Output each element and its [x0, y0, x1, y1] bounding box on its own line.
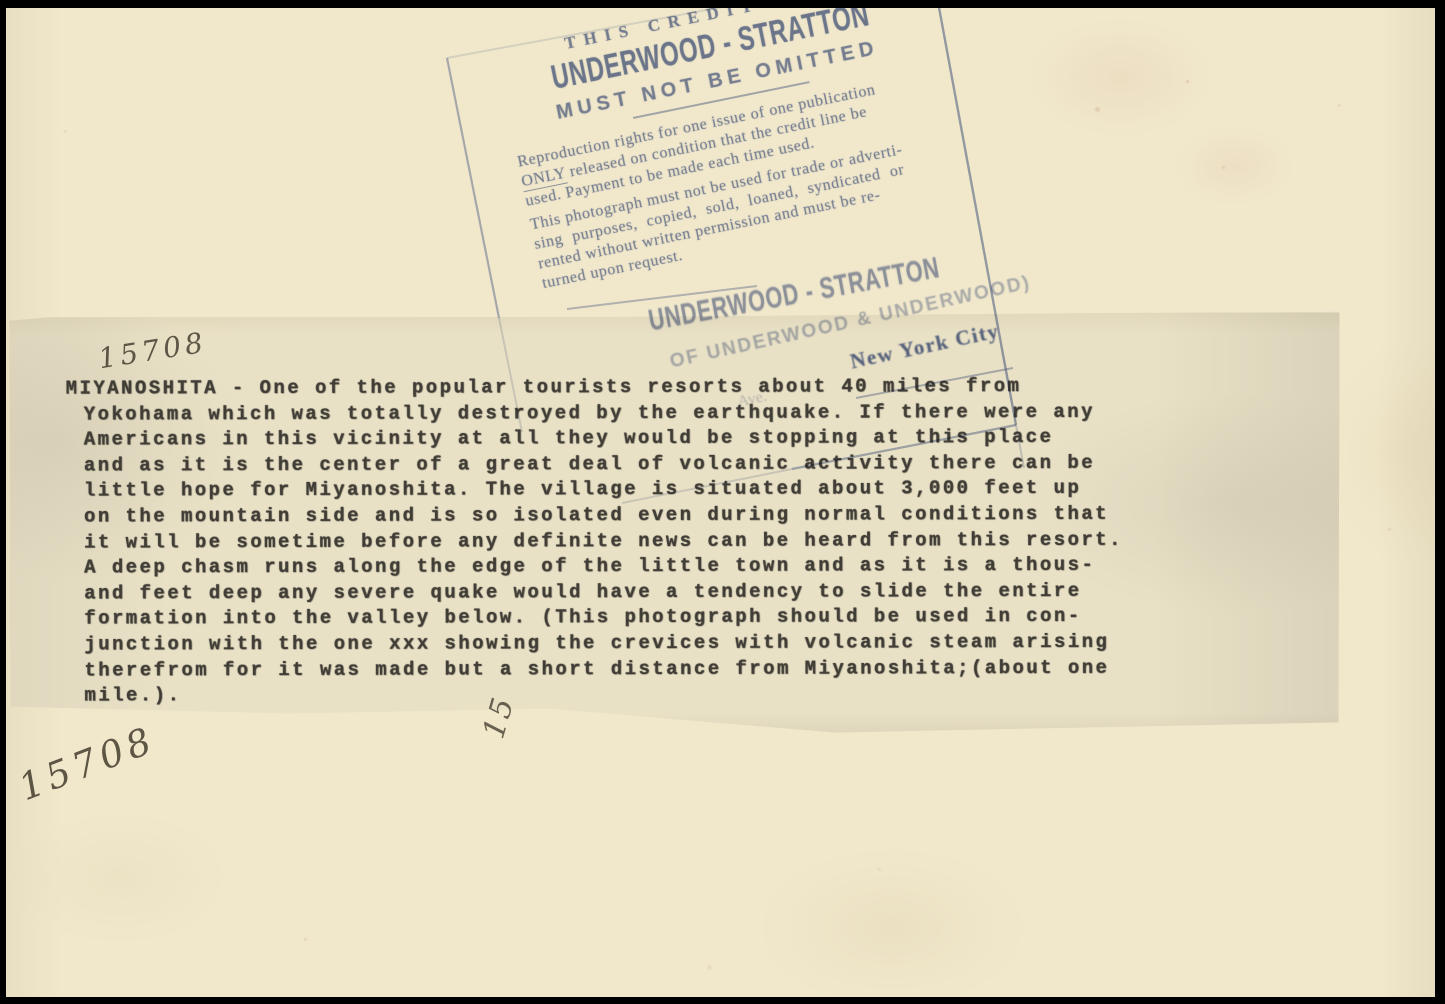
caption-line: junction with the one xxx showing the cr… — [66, 629, 1296, 658]
caption-line: mile.). — [66, 680, 1296, 709]
caption-line: and as it is the center of a great deal … — [66, 450, 1296, 479]
foxing-specks — [6, 8, 9, 11]
caption-line: little hope for Miyanoshita. The village… — [66, 476, 1296, 505]
caption-paper-strip: MIYANOSHITA - One of the popular tourist… — [9, 311, 1340, 740]
typewritten-caption: MIYANOSHITA - One of the popular tourist… — [66, 373, 1297, 709]
caption-line: formation into the valley below. (This p… — [66, 604, 1296, 633]
caption-line: MIYANOSHITA - One of the popular tourist… — [66, 373, 1296, 402]
caption-line: therefrom for it was made but a short di… — [66, 655, 1296, 684]
caption-line: and feet deep any severe quake would hav… — [66, 578, 1296, 607]
caption-line: A deep chasm runs along the edge of the … — [66, 553, 1296, 582]
caption-line: on the mountain side and is so isolated … — [66, 501, 1296, 530]
caption-line: Yokohama which was totally destroyed by … — [66, 399, 1296, 428]
caption-line: it will be sometime before any definite … — [66, 527, 1296, 556]
caption-line: Americans in this vicinity at all they w… — [66, 425, 1296, 454]
